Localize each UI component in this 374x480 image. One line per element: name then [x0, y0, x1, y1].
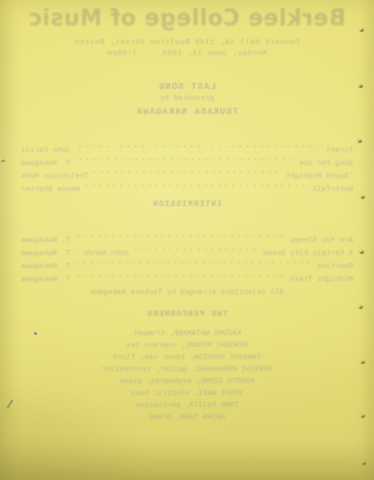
- dot-leader: [76, 268, 285, 281]
- performer-line: KENICHI KOBAYASHI, guitar, synthesizer: [0, 364, 374, 376]
- program-row: A Certain City Scene John Handy - T. Nak…: [21, 242, 353, 255]
- dot-leader: [76, 152, 294, 165]
- binder-hole-mark: [359, 250, 364, 254]
- song-title: Israel: [326, 145, 353, 158]
- dot-leader: [76, 229, 285, 242]
- program-row: Overture T. Nakagawa: [21, 255, 353, 268]
- performers-list: KAZUMI WATANABE, trumpet HIROSHI MINAMI,…: [0, 328, 374, 424]
- song-title: Overture: [317, 261, 353, 274]
- arranger-note: All selections arranged by Tsukasa Nakag…: [0, 289, 374, 297]
- ink-speck: [34, 332, 37, 335]
- dot-leader: [134, 242, 258, 255]
- composer-name: John Handy - T. Nakagawa: [21, 248, 129, 261]
- program-list-part1: Israel John Carisi Song For Joe T. Nakag…: [21, 139, 353, 191]
- binder-hole-mark: [358, 305, 363, 309]
- performer-name: TSUKASA NAKAGAWA: [0, 107, 374, 117]
- program-row: 'Round Midnight Thelonious Monk: [21, 165, 353, 178]
- song-title: Waterfall: [312, 184, 353, 197]
- program-row: Song For Joe T. Nakagawa: [21, 152, 353, 165]
- program-row: Israel John Carisi: [21, 139, 353, 152]
- edge-scuff-mark: [1, 159, 5, 162]
- program-list-part2: Are You Sleepy T. Nakagawa A Certain Cit…: [21, 229, 353, 281]
- mirrored-bleedthrough-layer: Berklee College of Music Concert Hall 1A…: [0, 0, 374, 480]
- performer-line: KAZUMI WATANABE, trumpet: [0, 328, 374, 340]
- scanned-program-page: Berklee College of Music Concert Hall 1A…: [0, 0, 374, 480]
- composer-name: Wayne Shorter: [21, 184, 80, 197]
- song-title: Are You Sleepy: [290, 235, 353, 248]
- composer-name: T. Nakagawa: [21, 235, 71, 248]
- performer-line: AKIRA TANA, drums: [0, 412, 374, 424]
- performer-line: HIROSHI MINAMI, soprano sax: [0, 340, 374, 352]
- binder-hole-mark: [359, 28, 364, 32]
- berklee-logo-text: Berklee College of Music: [0, 6, 374, 32]
- dot-leader: [76, 255, 312, 268]
- composer-name: T. Nakagawa: [21, 261, 71, 274]
- composer-name: T. Nakagawa: [21, 274, 71, 287]
- song-title: Song For Joe: [299, 158, 353, 171]
- presented-by-label: presented by: [0, 95, 374, 103]
- program-row: Are You Sleepy T. Nakagawa: [21, 229, 353, 242]
- intermission-label: INTERMISSION: [0, 200, 374, 209]
- song-title: 'Round Midnight: [285, 171, 353, 184]
- program-row: Waterfall Wayne Shorter: [21, 178, 353, 191]
- program-row: Midnight Train T. Nakagawa: [21, 268, 353, 281]
- binder-hole-mark: [361, 461, 366, 465]
- composer-name: Thelonious Monk: [21, 171, 89, 184]
- binder-hole-mark: [360, 414, 365, 418]
- composer-name: John Carisi: [21, 145, 71, 158]
- performer-line: TOMO FUJITA, percussion: [0, 400, 374, 412]
- performer-line: TAKASHI YOSHIDA, tenor sax, flute: [0, 352, 374, 364]
- recital-title: LAST SONG: [0, 82, 374, 92]
- dot-leader: [85, 178, 308, 191]
- performers-heading: THE PERFORMERS: [0, 310, 374, 319]
- dot-leader: [76, 139, 321, 152]
- date-time-line: Monday, June 11, 1984 . . 7:00pm: [0, 50, 374, 58]
- composer-name: T. Nakagawa: [21, 158, 71, 171]
- binder-hole-mark: [360, 360, 365, 364]
- performer-line: YOSHI WAKI, electric bass: [0, 388, 374, 400]
- dot-leader: [94, 165, 281, 178]
- binder-hole-mark: [358, 84, 363, 88]
- pen-mark: [6, 399, 13, 408]
- binder-hole-mark: [360, 195, 365, 199]
- venue-address-line: Concert Hall 1A, 1140 Boylston Street, B…: [0, 39, 374, 47]
- performer-line: MAKOTO OZONE, keyboards, piano: [0, 376, 374, 388]
- binder-hole-mark: [357, 139, 362, 143]
- song-title: A Certain City Scene: [263, 248, 353, 261]
- song-title: Midnight Train: [290, 274, 353, 287]
